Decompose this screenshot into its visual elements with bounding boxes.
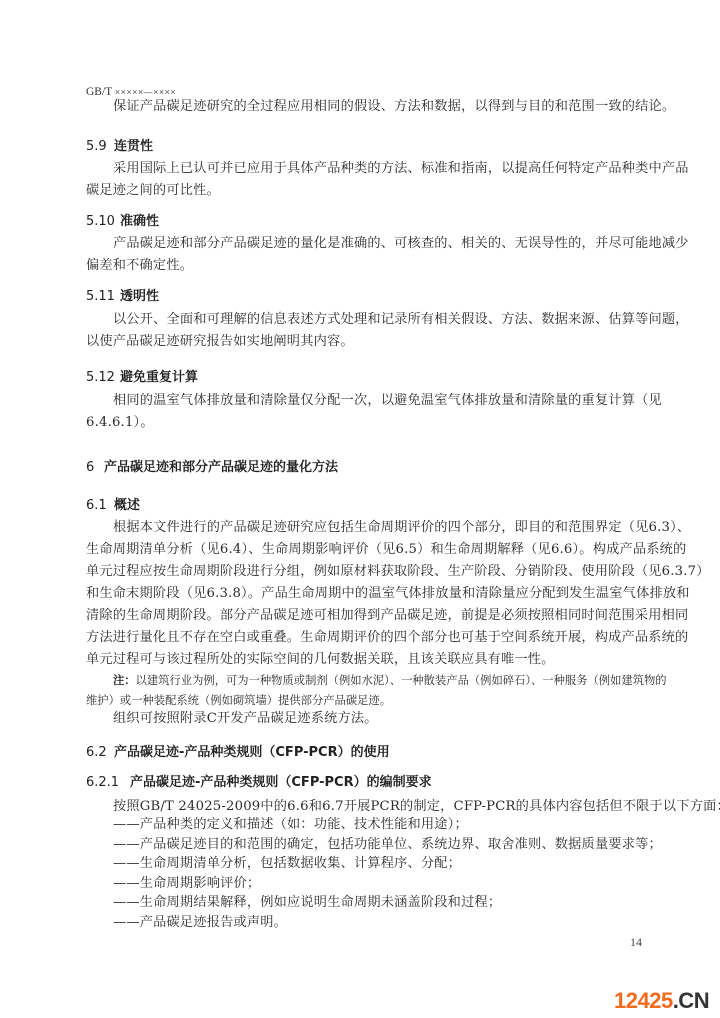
heading-6-2: 6.2产品碳足迹-产品种类规则（CFP-PCR）的使用 — [86, 741, 390, 760]
site-watermark: 12425.CN — [614, 988, 709, 1014]
list-item: ——产品碳足迹报告或声明。 — [86, 913, 666, 933]
heading-5-10: 5.10准确性 — [86, 210, 159, 229]
page-number: 14 — [630, 935, 642, 950]
section-5-9-body: 采用国际上已认可并已应用于具体产品种类的方法、标准和指南，以提高任何特定产品种类… — [86, 158, 666, 202]
heading-6-2-1: 6.2.1产品碳足迹-产品种类规则（CFP-PCR）的编制要求 — [86, 771, 432, 790]
section-5-11-body: 以公开、全面和可理解的信息表述方式处理和记录所有相关假设、方法、数据来源、估算等… — [86, 309, 666, 353]
list-item: ——产品碳足迹目的和范围的确定，包括功能单位、系统边界、取舍准则、数据质量要求等… — [86, 835, 666, 855]
watermark-domain: .CN — [673, 988, 709, 1013]
section-6-1-note: 注：以建筑行业为例，可为一种物质或制剂（例如水泥）、一种散装产品（例如碎石）、一… — [86, 670, 666, 711]
watermark-number: 12425 — [614, 988, 673, 1013]
list-item: ——生命周期清单分析，包括数据收集、计算程序、分配； — [86, 854, 666, 874]
intro-continuation: 保证产品碳足迹研究的全过程应用相同的假设、方法和数据，以得到与目的和范围一致的结… — [86, 96, 666, 118]
section-6-1-closing: 组织可按照附录C开发产品碳足迹系统方法。 — [86, 708, 666, 730]
heading-6-1: 6.1概述 — [86, 494, 140, 513]
section-5-10-body: 产品碳足迹和部分产品碳足迹的量化是准确的、可核查的、相关的、无误导性的，并尽可能… — [86, 233, 666, 277]
note-label: 注： — [113, 673, 136, 687]
list-item: ——生命周期结果解释，例如应说明生命周期未涵盖阶段和过程； — [86, 893, 666, 913]
heading-6: 6产品碳足迹和部分产品碳足迹的量化方法 — [86, 456, 338, 475]
heading-5-11: 5.11透明性 — [86, 285, 159, 304]
list-item: ——生命周期影响评价； — [86, 874, 666, 894]
list-item: ——产品种类的定义和描述（如：功能、技术性能和用途）； — [86, 815, 666, 835]
section-5-12-body: 相同的温室气体排放量和清除量仅分配一次，以避免温室气体排放量和清除量的重复计算（… — [86, 390, 666, 434]
heading-5-12: 5.12避免重复计算 — [86, 366, 198, 385]
heading-5-9: 5.9连贯性 — [86, 135, 153, 154]
document-page: GB/T ×××××—×××× 保证产品碳足迹研究的全过程应用相同的假设、方法和… — [0, 0, 720, 1018]
pcr-content-list: ——产品种类的定义和描述（如：功能、技术性能和用途）； ——产品碳足迹目的和范围… — [86, 815, 666, 932]
section-6-1-body: 根据本文件进行的产品碳足迹研究应包括生命周期评价的四个部分，即目的和范围界定（见… — [86, 517, 666, 671]
